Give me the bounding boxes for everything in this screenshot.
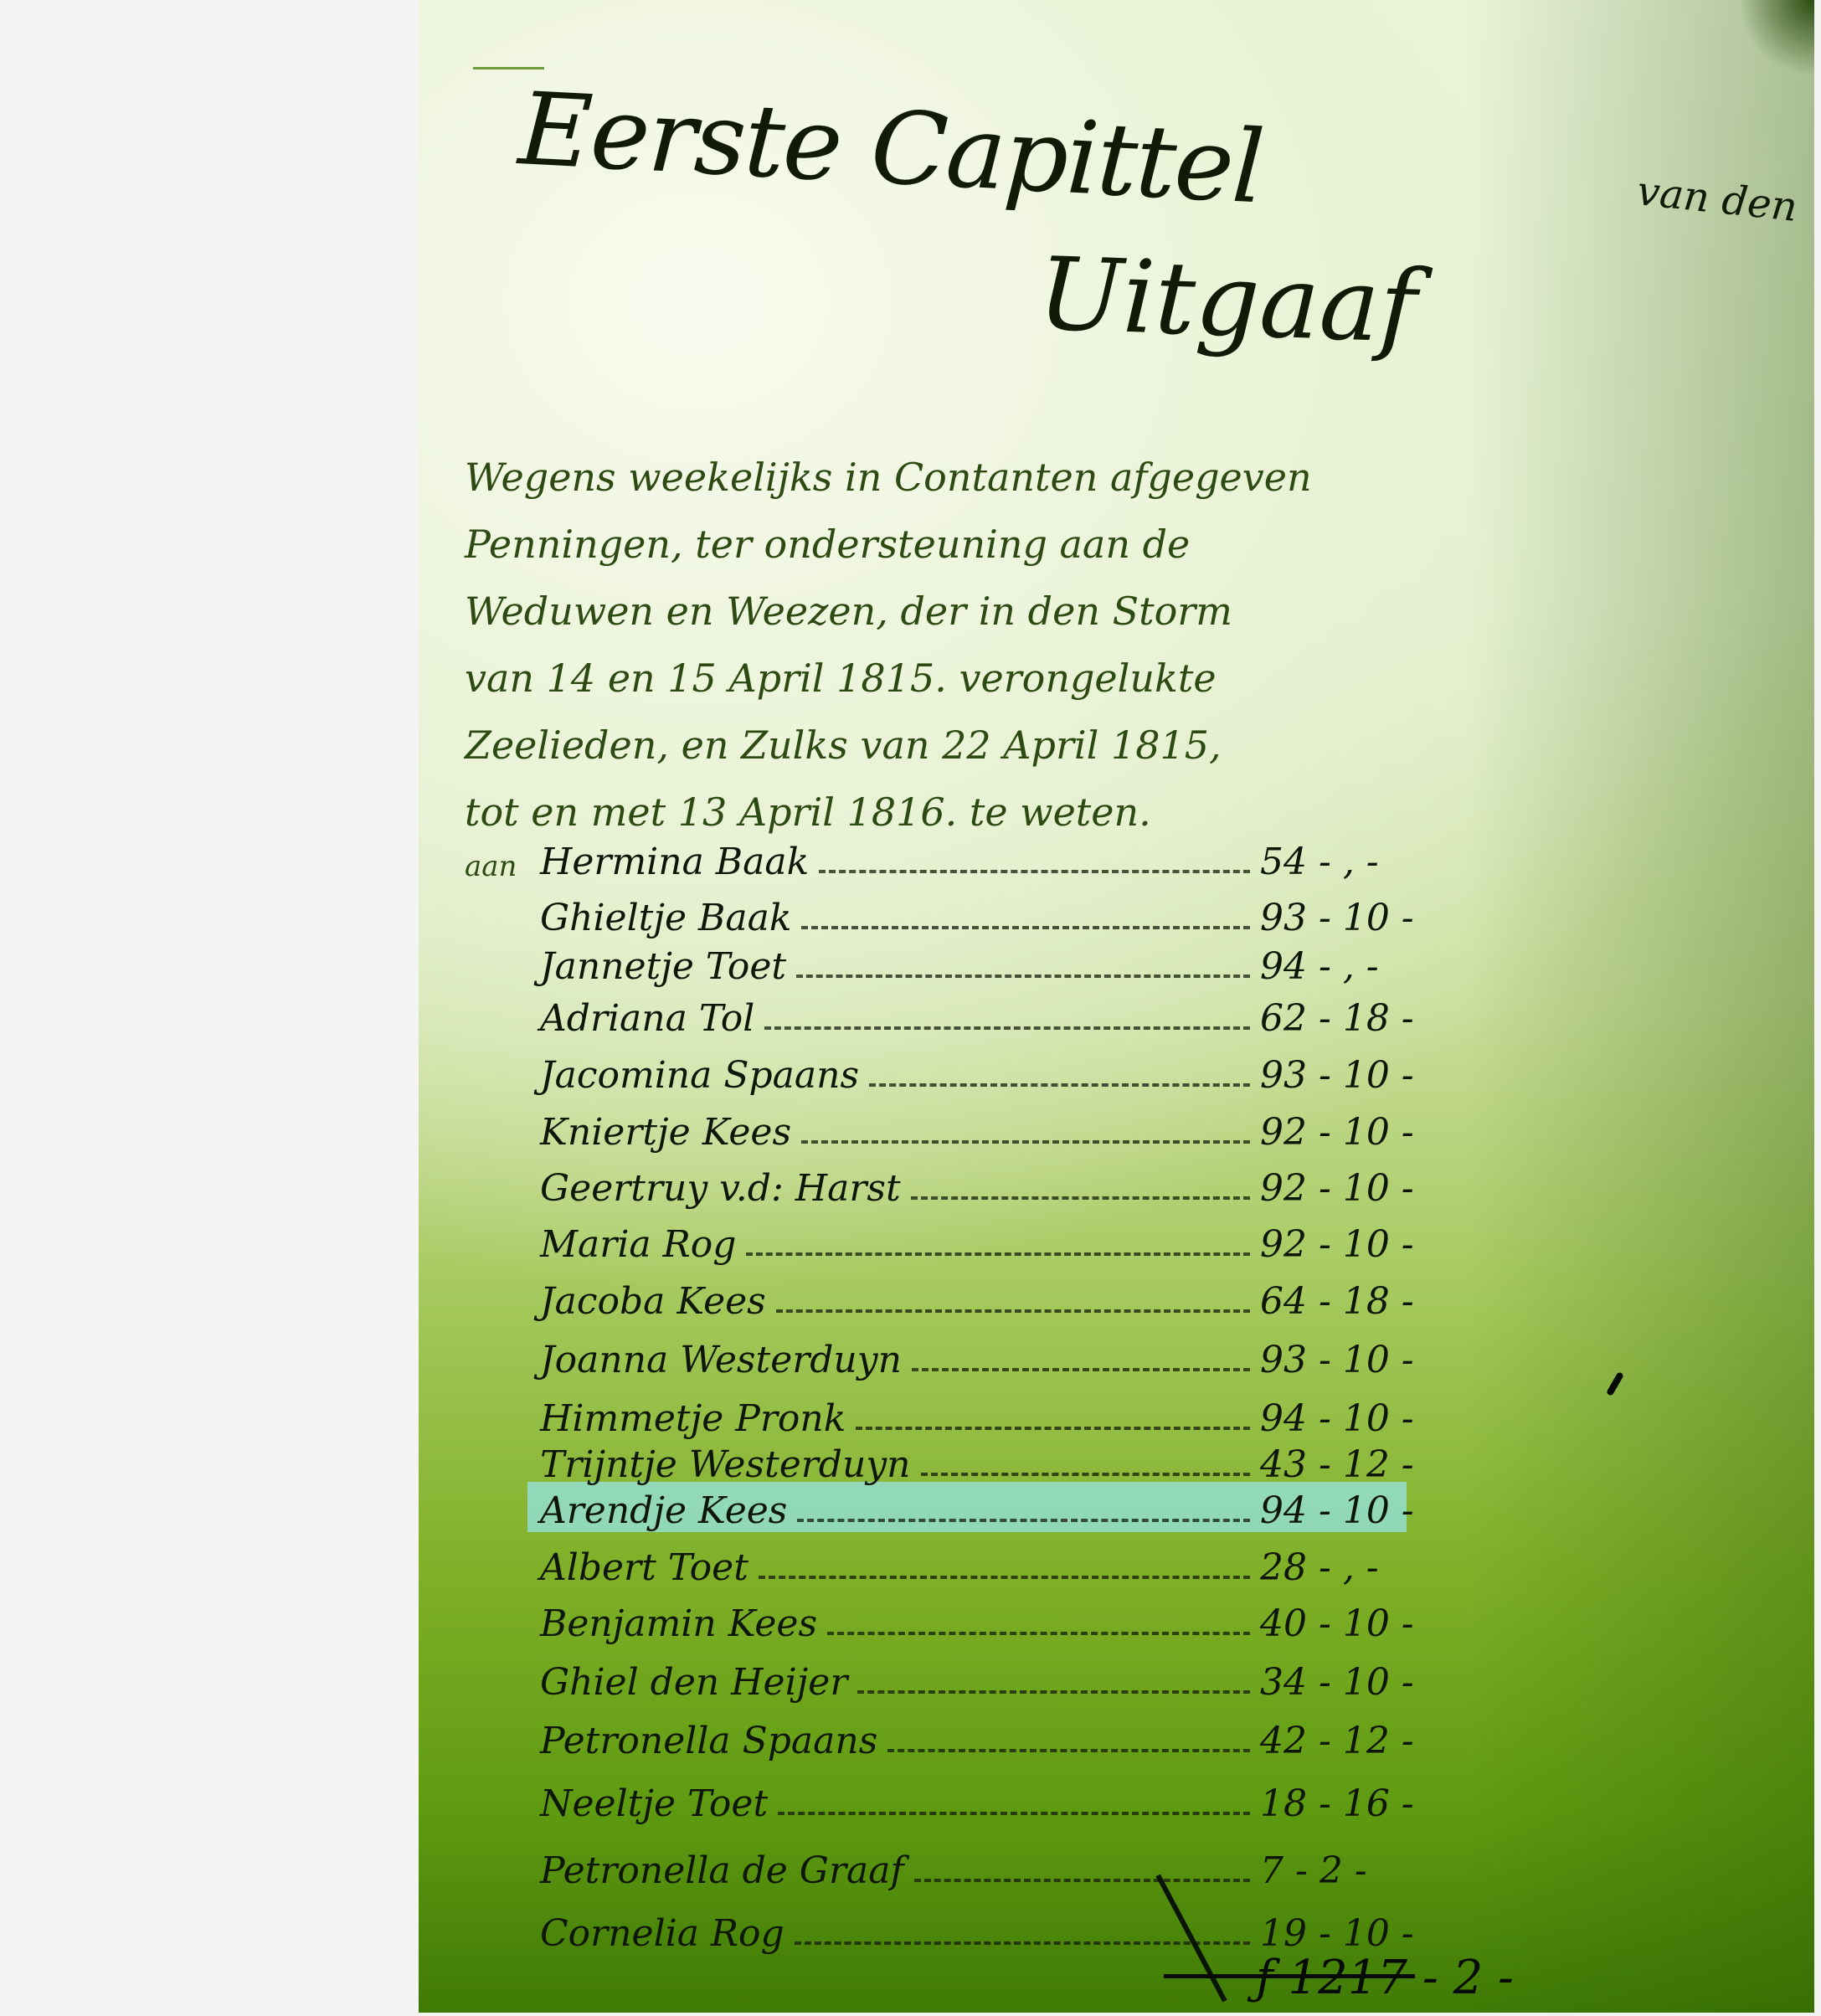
entry-amount: 34 - 10 - bbox=[1260, 1661, 1419, 1704]
entry-row[interactable]: Cornelia Rog 19 - 10 - bbox=[465, 1905, 1419, 1955]
intro-paragraph: Wegens weekelijks in Contanten afgegeven… bbox=[465, 444, 1427, 846]
entry-amount: 62 - 18 - bbox=[1260, 997, 1419, 1040]
entry-name: Trijntje Westerduyn bbox=[540, 1443, 911, 1486]
leader-dots bbox=[887, 1749, 1250, 1752]
entry-row[interactable]: Trijntje Westerduyn 43 - 12 - bbox=[465, 1436, 1419, 1486]
entry-name: Jacomina Spaans bbox=[540, 1054, 859, 1097]
entry-row[interactable]: Himmetje Pronk 94 - 10 - bbox=[465, 1390, 1419, 1440]
entry-row[interactable]: Neeltje Toet 18 - 16 - bbox=[465, 1775, 1419, 1825]
entry-name: Cornelia Rog bbox=[540, 1912, 784, 1955]
leader-dots bbox=[796, 975, 1250, 978]
intro-line: Wegens weekelijks in Contanten afgegeven bbox=[465, 444, 1427, 511]
entry-amount: 7 - 2 - bbox=[1260, 1849, 1419, 1892]
entry-name: Geertruy v.d: Harst bbox=[540, 1167, 901, 1210]
leader-dots bbox=[857, 1690, 1250, 1694]
margin-rule bbox=[473, 67, 544, 69]
leader-dots bbox=[778, 1812, 1250, 1815]
entry-name: Jacoba Kees bbox=[540, 1280, 766, 1323]
entry-amount: 92 - 10 - bbox=[1260, 1111, 1419, 1154]
entry-row[interactable]: Jacomina Spaans 93 - 10 - bbox=[465, 1047, 1419, 1097]
entry-name: Ghiel den Heijer bbox=[540, 1661, 847, 1704]
leader-dots bbox=[912, 1368, 1250, 1371]
entry-name: Arendje Kees bbox=[540, 1489, 787, 1532]
entry-row[interactable]: Ghiel den Heijer 34 - 10 - bbox=[465, 1653, 1419, 1704]
entry-amount: 92 - 10 - bbox=[1260, 1167, 1419, 1210]
entry-amount: 92 - 10 - bbox=[1260, 1223, 1419, 1266]
entry-amount: 43 - 12 - bbox=[1260, 1443, 1419, 1486]
leader-dots bbox=[746, 1252, 1250, 1256]
entry-amount: 94 - 10 - bbox=[1260, 1489, 1419, 1532]
leader-dots bbox=[869, 1083, 1250, 1087]
entry-name: Maria Rog bbox=[540, 1223, 736, 1266]
entry-amount: 42 - 12 - bbox=[1260, 1720, 1419, 1762]
leader-dots bbox=[801, 926, 1250, 929]
entry-amount: 54 - , - bbox=[1260, 841, 1419, 883]
intro-line: Weduwen en Weezen, der in den Storm bbox=[465, 578, 1427, 645]
entry-amount: 19 - 10 - bbox=[1260, 1912, 1419, 1955]
entry-amount: 93 - 10 - bbox=[1260, 1054, 1419, 1097]
entry-name: Petronella de Graaf bbox=[540, 1849, 904, 1892]
leader-dots bbox=[764, 1026, 1250, 1030]
entry-amount: 18 - 16 - bbox=[1260, 1782, 1419, 1825]
entry-name: Ghieltje Baak bbox=[540, 897, 791, 939]
entry-row[interactable]: Petronella de Graaf 7 - 2 - bbox=[465, 1842, 1419, 1892]
entry-amount: 64 - 18 - bbox=[1260, 1280, 1419, 1323]
entry-row-highlighted[interactable]: Arendje Kees 94 - 10 - bbox=[465, 1482, 1419, 1532]
entry-amount: 40 - 10 - bbox=[1260, 1602, 1419, 1645]
leader-dots bbox=[911, 1196, 1250, 1200]
entry-row[interactable]: Adriana Tol 62 - 18 - bbox=[465, 990, 1419, 1040]
entry-row[interactable]: Petronella Spaans 42 - 12 - bbox=[465, 1712, 1419, 1762]
entry-name: Benjamin Kees bbox=[540, 1602, 817, 1645]
leader-dots bbox=[801, 1140, 1250, 1144]
entry-name: Jannetje Toet bbox=[540, 945, 786, 988]
entry-name: Himmetje Pronk bbox=[540, 1397, 846, 1440]
entry-name: Joanna Westerduyn bbox=[540, 1339, 902, 1381]
entry-row[interactable]: aan Hermina Baak 54 - , - bbox=[465, 833, 1419, 883]
entry-row[interactable]: Kniertje Kees 92 - 10 - bbox=[465, 1103, 1419, 1154]
entry-name: Neeltje Toet bbox=[540, 1782, 768, 1825]
chapter-subtitle: Uitgaaf bbox=[1037, 236, 1419, 366]
entry-name: Albert Toet bbox=[540, 1546, 748, 1589]
entry-name: Petronella Spaans bbox=[540, 1720, 877, 1762]
leader-dots bbox=[921, 1473, 1251, 1476]
entry-name: Kniertje Kees bbox=[540, 1111, 791, 1154]
entry-name: Hermina Baak bbox=[540, 841, 809, 883]
leader-dots bbox=[856, 1427, 1250, 1430]
entry-amount: 93 - 10 - bbox=[1260, 1339, 1419, 1381]
entry-amount: 93 - 10 - bbox=[1260, 897, 1419, 939]
entry-row[interactable]: Jacoba Kees 64 - 18 - bbox=[465, 1273, 1419, 1323]
entry-row[interactable]: Joanna Westerduyn 93 - 10 - bbox=[465, 1331, 1419, 1381]
entry-amount: 28 - , - bbox=[1260, 1546, 1419, 1589]
intro-line: van 14 en 15 April 1815. verongelukte bbox=[465, 645, 1427, 712]
entry-row[interactable]: Maria Rog 92 - 10 - bbox=[465, 1216, 1419, 1266]
entry-prefix: aan bbox=[465, 850, 540, 883]
page-total: ƒ 1217 - 2 - bbox=[1256, 1951, 1514, 2005]
leader-dots bbox=[914, 1879, 1250, 1882]
entry-name: Adriana Tol bbox=[540, 997, 754, 1040]
intro-line: Zeelieden, en Zulks van 22 April 1815, bbox=[465, 712, 1427, 779]
leader-dots bbox=[797, 1519, 1250, 1522]
entry-row[interactable]: Albert Toet 28 - , - bbox=[465, 1539, 1419, 1589]
entry-amount: 94 - , - bbox=[1260, 945, 1419, 988]
entry-row[interactable]: Ghieltje Baak 93 - 10 - bbox=[465, 889, 1419, 939]
leader-dots bbox=[795, 1941, 1250, 1945]
entry-row[interactable]: Benjamin Kees 40 - 10 - bbox=[465, 1595, 1419, 1645]
entry-amount: 94 - 10 - bbox=[1260, 1397, 1419, 1440]
entry-row[interactable]: Geertruy v.d: Harst 92 - 10 - bbox=[465, 1160, 1419, 1210]
intro-line: Penningen, ter ondersteuning aan de bbox=[465, 511, 1427, 578]
leader-dots bbox=[827, 1632, 1250, 1635]
leader-dots bbox=[776, 1309, 1250, 1313]
leader-dots bbox=[759, 1576, 1250, 1579]
leader-dots bbox=[819, 870, 1250, 873]
entry-row[interactable]: Jannetje Toet 94 - , - bbox=[465, 938, 1419, 988]
